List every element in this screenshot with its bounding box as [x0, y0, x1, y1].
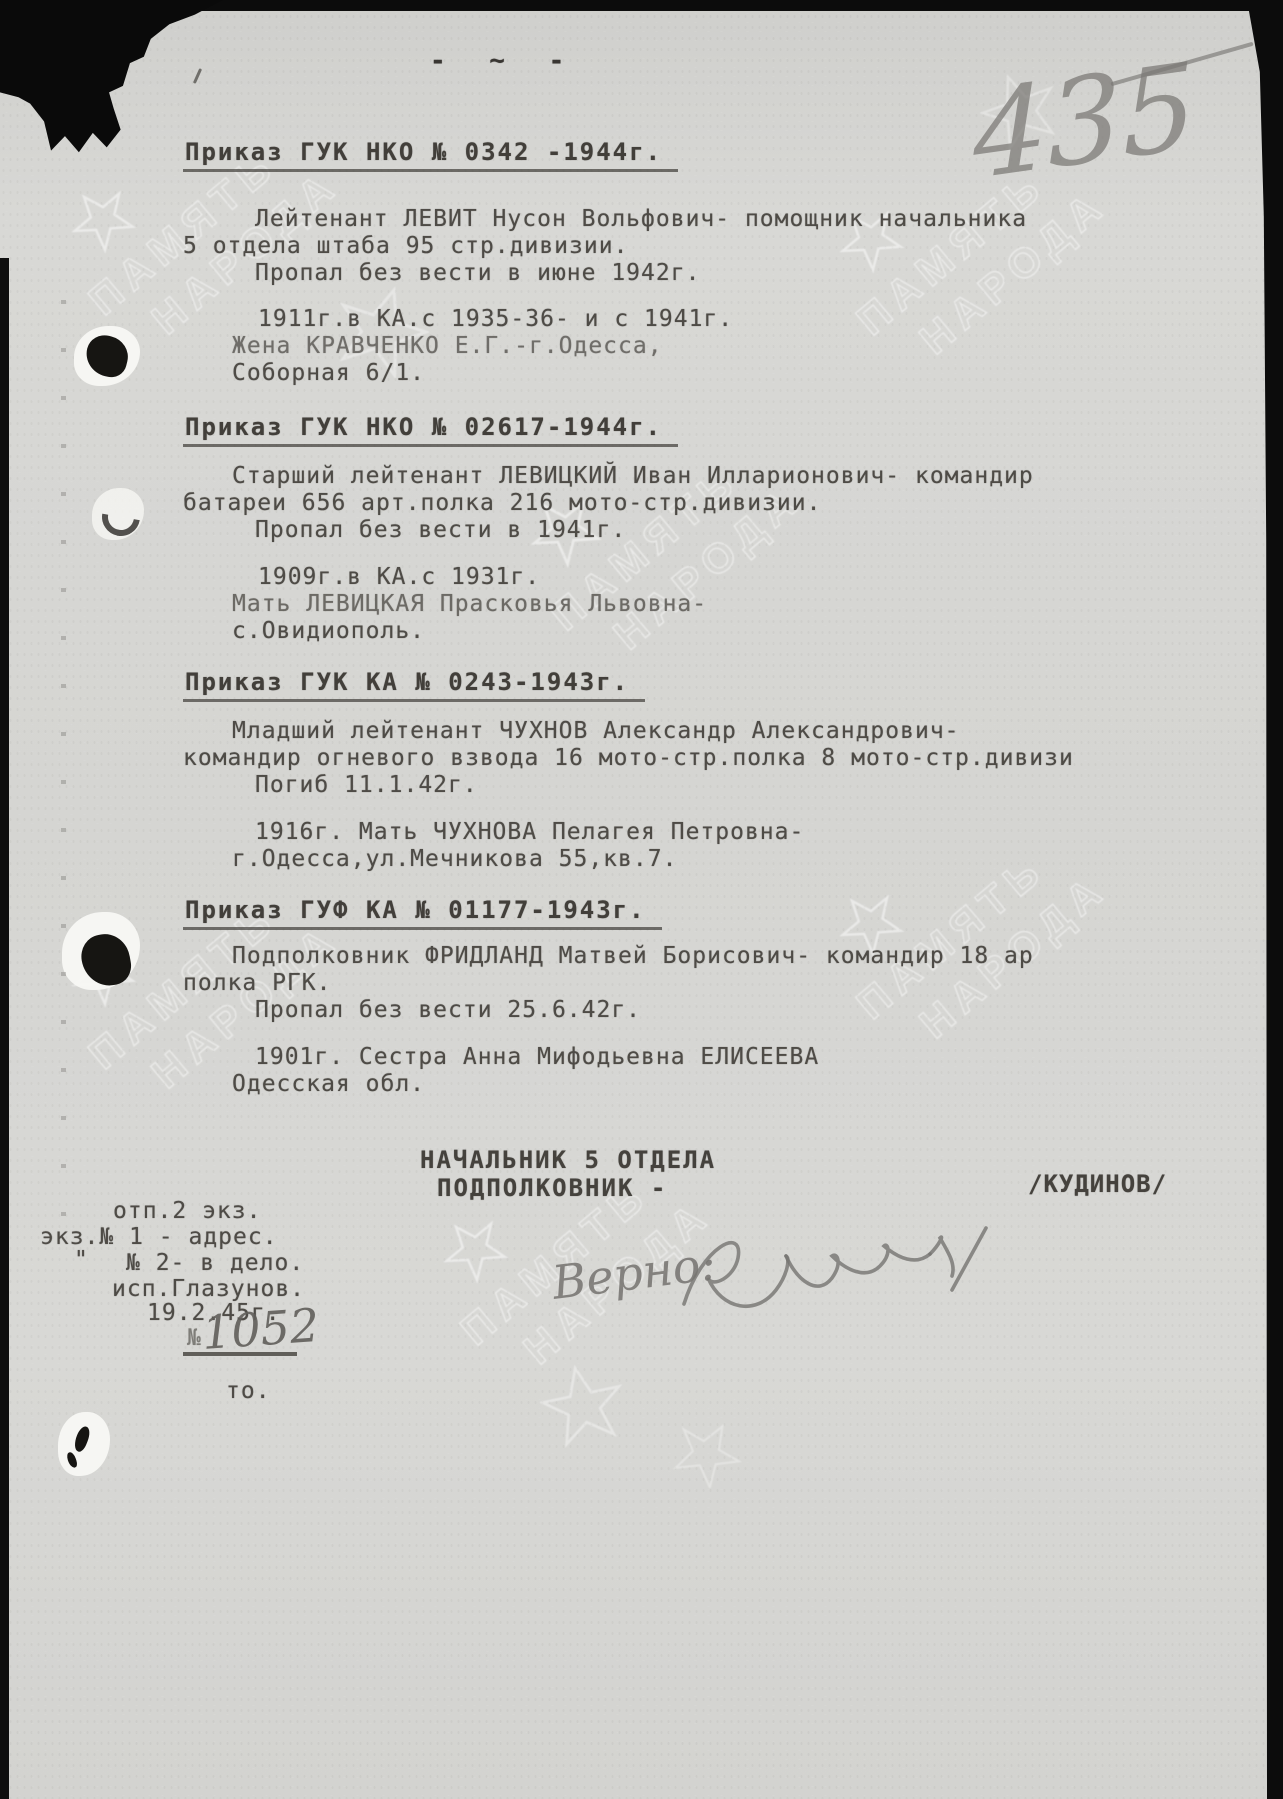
pencil-doc-number: 1052 [200, 1298, 321, 1360]
star-icon [540, 1362, 626, 1448]
signature-scribble [668, 1212, 998, 1352]
typed-line: Лейтенант ЛЕВИТ Нусон Вольфович- помощни… [255, 206, 1027, 232]
doc-number-underline [183, 1352, 297, 1356]
typed-line: г.Одесса,ул.Мечникова 55,кв.7. [232, 846, 677, 872]
top-marks: - ~ - [430, 46, 578, 76]
footer-copy2: № 2- в дело. [126, 1250, 304, 1276]
typed-line: Одесская обл. [232, 1071, 425, 1097]
order-heading-4: Приказ ГУФ КА № 01177-1943г. [183, 896, 662, 930]
order-heading-1: Приказ ГУК НКО № 0342 -1944г. [183, 138, 678, 172]
typed-line: Пропал без вести 25.6.42г. [255, 997, 641, 1023]
scanned-document-page: ПАМЯТЬ НАРОДА ПАМЯТЬ НАРОДА ПАМЯТЬ НАРОД… [0, 0, 1283, 1799]
order-heading-2: Приказ ГУК НКО № 02617-1944г. [183, 413, 678, 447]
signature-title: НАЧАЛЬНИК 5 ОТДЕЛА [420, 1146, 716, 1174]
typed-line: Соборная 6/1. [232, 360, 425, 386]
typed-line: Жена КРАВЧЕНКО Е.Г.-г.Одесса, [232, 333, 663, 359]
star-icon [672, 1418, 742, 1488]
typed-line: Погиб 11.1.42г. [255, 772, 478, 798]
typed-line: 1916г. Мать ЧУХНОВА Пелагея Петровна- [255, 819, 804, 845]
typed-line: Мать ЛЕВИЦКАЯ Прасковья Львовна- [232, 591, 707, 617]
typed-line: Пропал без вести в июне 1942г. [255, 260, 700, 286]
typed-line: 1911г.в КА.с 1935-36- и с 1941г. [258, 306, 733, 332]
footer-copies: отп.2 экз. [113, 1198, 261, 1224]
signature-name: /КУДИНОВ/ [1028, 1170, 1167, 1198]
typed-line: 5 отдела штаба 95 стр.дивизии. [183, 233, 628, 259]
typed-line: Младший лейтенант ЧУХНОВ Александр Алекс… [232, 718, 960, 744]
typed-line: Пропал без вести в 1941г. [255, 517, 626, 543]
typed-line: Старший лейтенант ЛЕВИЦКИЙ Иван Илларион… [232, 463, 1034, 489]
signature-rank: ПОДПОЛКОВНИК - [437, 1174, 667, 1202]
footer-number-sign: № [187, 1325, 202, 1351]
footer-ditto-mark: " [74, 1247, 89, 1273]
footer-to: то. [226, 1378, 271, 1404]
typed-line: Подполковник ФРИДЛАНД Матвей Борисович- … [232, 943, 1034, 969]
perforation-dots [61, 300, 66, 1260]
typed-line: 1909г.в КА.с 1931г. [258, 564, 540, 590]
typed-line: полка РГК. [183, 970, 331, 996]
typed-line: батареи 656 арт.полка 216 мото-стр.дивиз… [183, 490, 821, 516]
typed-line: с.Овидиополь. [232, 618, 425, 644]
typed-line: командир огневого взвода 16 мото-стр.пол… [183, 745, 1074, 771]
order-heading-3: Приказ ГУК КА № 0243-1943г. [183, 668, 645, 702]
typed-line: 1901г. Сестра Анна Мифодьевна ЕЛИСЕЕВА [255, 1044, 819, 1070]
footer-executor: исп.Глазунов. [112, 1276, 305, 1302]
scan-left-edge [0, 258, 9, 1799]
